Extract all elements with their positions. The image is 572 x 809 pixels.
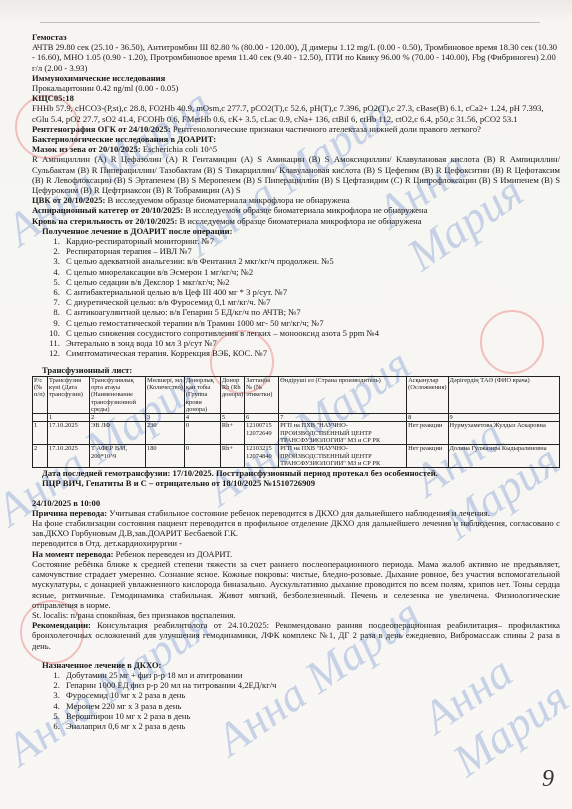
table-row: 2 17.10.2025 Т АФЕР В/И, 200*10^9 180 0 … (33, 445, 560, 468)
smear-line: Мазок из зева от 20/10/2025: Escherichia… (32, 144, 560, 154)
transfer-moment: На момент перевода: Ребенок переведен из… (32, 549, 560, 559)
col-header: Өндіруші ел (Страна производитель) (279, 376, 407, 413)
transfer-reason-label: Причина перевода: (32, 508, 107, 518)
cell: 230 (146, 422, 185, 445)
col-number (33, 414, 48, 422)
recommendations-text: Консультация реабилитолога от 24.10.2025… (32, 620, 560, 650)
col-number: 3 (146, 414, 185, 422)
blood-line: Кровь на стерильность от 20/10/2025: В и… (32, 216, 560, 226)
list-item: С антикоагулянтной целью: в/в Гепарин 5 … (62, 307, 560, 317)
list-item: Кардио-респираторный мониторинг. №7 (62, 236, 560, 246)
col-number: 4 (184, 414, 220, 422)
col-header: Трансфузиялық орта атауы (Наименование т… (90, 376, 146, 413)
cell: 12103215 12074840 (245, 445, 279, 468)
antibiogram-text: R Ампициллин (A) R Цефазолин (A) R Гента… (32, 154, 560, 195)
table-row: 1 17.10.2025 ЭВ ЛФ 230 0 Rh+ 12100715 12… (33, 422, 560, 445)
cell: 1 (33, 422, 48, 445)
document-page: Анна Мария Анна Мария Анна Мария Анна Ма… (0, 0, 572, 809)
cvc-label: ЦВК от 20/10/2025: (32, 195, 105, 205)
recommendations-label: Рекомендации: (32, 620, 91, 630)
hemostasis-text: АЧТВ 29.80 сек (25.10 - 36.50), Антитром… (32, 42, 560, 73)
transfer-paragraph-1: На фоне стабилизации состояния пациент п… (32, 518, 560, 538)
cell: 0 (184, 445, 220, 468)
smear-label: Мазок из зева от 20/10/2025: (32, 144, 141, 154)
bacterio-title: Бактериологические исследования в ДОАРИТ… (32, 134, 560, 144)
list-item: Энтерально в зонд вода 10 мл 3 р/сут №7 (62, 338, 560, 348)
cvc-line: ЦВК от 20/10/2025: В исследуемом образце… (32, 195, 560, 205)
asp-line: Аспирационный катетер от 20/10/2025: В и… (32, 205, 560, 215)
list-item: С целью седации в/в Декслор 1 мкг/кг/ч; … (62, 277, 560, 287)
treatment-dkho-title: Назначенное лечение в ДКХО: (42, 660, 560, 670)
treatment-doarit-list: Кардио-респираторный мониторинг. №7 Респ… (32, 236, 560, 358)
list-item: Меронем 220 мг х 3 раза в день (62, 701, 560, 711)
col-number: 1 (48, 414, 90, 422)
cvc-text: В исследуемом образце биоматериала микро… (105, 195, 349, 205)
kshc-title: КЩС05:18 (32, 93, 560, 103)
list-item: Верошпирон 10 мг х 2 раза в день (62, 711, 560, 721)
table-header-row: Р/с (№ п/п) Трансфузия күні (Дата трансф… (33, 376, 560, 413)
cell: 2 (33, 445, 48, 468)
scan-edge-line (40, 22, 540, 23)
transfer-reason-text: Учитывая стабильное состояние ребенок пе… (107, 508, 490, 518)
list-item: Респираторная терапия – ИВЛ №7 (62, 246, 560, 256)
transfusion-title: Трансфузионный лист: (42, 365, 560, 375)
treatment-doarit-title: Полученное лечение в ДОАРИТ после операц… (42, 226, 560, 236)
cell: Нет реакции (407, 422, 448, 445)
col-number: 5 (220, 414, 244, 422)
local-status: St. localis: п/рана спокойная, без призн… (32, 610, 560, 620)
cell: 17.10.2025 (48, 422, 90, 445)
list-item: Эналаприл 0,6 мг х 2 раза в день (62, 721, 560, 731)
col-number: 2 (90, 414, 146, 422)
transfer-paragraph-2: переводится в Отд. дет.кардиохирургии - (32, 538, 560, 548)
cell: 12100715 12072649 (245, 422, 279, 445)
smear-text: Escherichia coli 10^5 (141, 144, 217, 154)
xray-text: Рентгенологические признаки частичного а… (171, 124, 481, 134)
col-header: Дәрігердің ТАӘ (ФИО врача) (448, 376, 559, 413)
list-item: С антибактериальной целью в/в Цеф III 40… (62, 287, 560, 297)
asp-label: Аспирационный катетер от 20/10/2025: (32, 205, 183, 215)
transfer-datetime: 24/10/2025 в 10:00 (32, 498, 560, 508)
blood-label: Кровь на стерильность от 20/10/2025: (32, 216, 177, 226)
kshc-text: FHHb 57.9, cHCO3-(P,st),c 28.8, FO2Hb 40… (32, 103, 560, 123)
col-header: Донорлық қан тобы (Группа крови донора) (184, 376, 220, 413)
col-header: Трансфузия күні (Дата трансфузии) (48, 376, 90, 413)
asp-text: В исследуемом образце биоматериала микро… (183, 205, 427, 215)
transfer-moment-text: Ребенок переведен из ДОАРИТ. (114, 549, 233, 559)
cell: Нурмухаметова Жулдыз Аскаровна (448, 422, 559, 445)
col-header: Р/с (№ п/п) (33, 376, 48, 413)
last-transfusion-date: Дата последней гемотрансфузии: 17/10/202… (42, 468, 560, 478)
list-item: Гепарин 1000 ЕД физ р-р 20 мл на титрова… (62, 680, 560, 690)
col-header: Мөлшері, мл (Количество) (146, 376, 185, 413)
table-number-row: 1 2 3 4 5 6 7 8 9 (33, 414, 560, 422)
col-number: 6 (245, 414, 279, 422)
list-item: Добутамин 25 мг + физ р-р 18 мл и атитро… (62, 670, 560, 680)
list-item: С диуретической целью: в/в Фуросемид 0,1… (62, 297, 560, 307)
cell: 17.10.2025 (48, 445, 90, 468)
xray-label: Рентгенография ОГК от 24/10/2025: (32, 124, 171, 134)
list-item: С целью адекватной анальгезии: в/в Фента… (62, 256, 560, 266)
col-header: Донор Rh (Rh донора) (220, 376, 244, 413)
xray-line: Рентгенография ОГК от 24/10/2025: Рентге… (32, 124, 560, 134)
cell: Долина Гулжазира Кыдыралиновна (448, 445, 559, 468)
cell: 180 (146, 445, 185, 468)
transfusion-table: Р/с (№ п/п) Трансфузия күні (Дата трансф… (32, 376, 560, 469)
cell: 0 (184, 422, 220, 445)
immuno-title: Иммунохимические исследования (32, 73, 560, 83)
pcr-result: ПЦР ВИЧ, Гепатиты В и С – отрицательно о… (42, 478, 560, 488)
cell: Т АФЕР В/И, 200*10^9 (90, 445, 146, 468)
list-item: Фуросемид 10 мг х 2 раза в день (62, 690, 560, 700)
document-body: Гемостаз АЧТВ 29.80 сек (25.10 - 36.50),… (32, 32, 560, 731)
patient-status: Состояние ребёнка ближе к средней степен… (32, 559, 560, 610)
blood-text: В исследуемом образце биоматериала микро… (177, 216, 421, 226)
list-item: С целью миорелаксации в/в Эсмерон 1 мг/к… (62, 267, 560, 277)
cell: РГП на ПХВ "НАУЧНО-ПРОИЗВОДСТВЕННЫЙ ЦЕНТ… (279, 445, 407, 468)
hemostasis-title: Гемостаз (32, 32, 560, 42)
col-header: Заттаңба № (№ этикетки) (245, 376, 279, 413)
cell: РГП на ПХВ "НАУЧНО-ПРОИЗВОДСТВЕННЫЙ ЦЕНТ… (279, 422, 407, 445)
col-header: Асқынулар (Осложнения) (407, 376, 448, 413)
treatment-dkho-list: Добутамин 25 мг + физ р-р 18 мл и атитро… (32, 670, 560, 731)
transfer-reason: Причина перевода: Учитывая стабильное со… (32, 508, 560, 518)
list-item: С целью снижения сосудистого сопротивлен… (62, 328, 560, 338)
cell: Rh+ (220, 445, 244, 468)
col-number: 9 (448, 414, 559, 422)
cell: Нет реакции (407, 445, 448, 468)
col-number: 8 (407, 414, 448, 422)
list-item: Симптоматическая терапия. Коррекция ВЭБ,… (62, 348, 560, 358)
page-number: 9 (542, 766, 554, 793)
immuno-text: Прокальцитонин 0.42 ng/ml (0.00 - 0.05) (32, 83, 560, 93)
cell: ЭВ ЛФ (90, 422, 146, 445)
recommendations: Рекомендации: Консультация реабилитолога… (32, 620, 560, 651)
col-number: 7 (279, 414, 407, 422)
transfer-moment-label: На момент перевода: (32, 549, 114, 559)
list-item: С целью гемостатической терапии в/в Трам… (62, 318, 560, 328)
cell: Rh+ (220, 422, 244, 445)
